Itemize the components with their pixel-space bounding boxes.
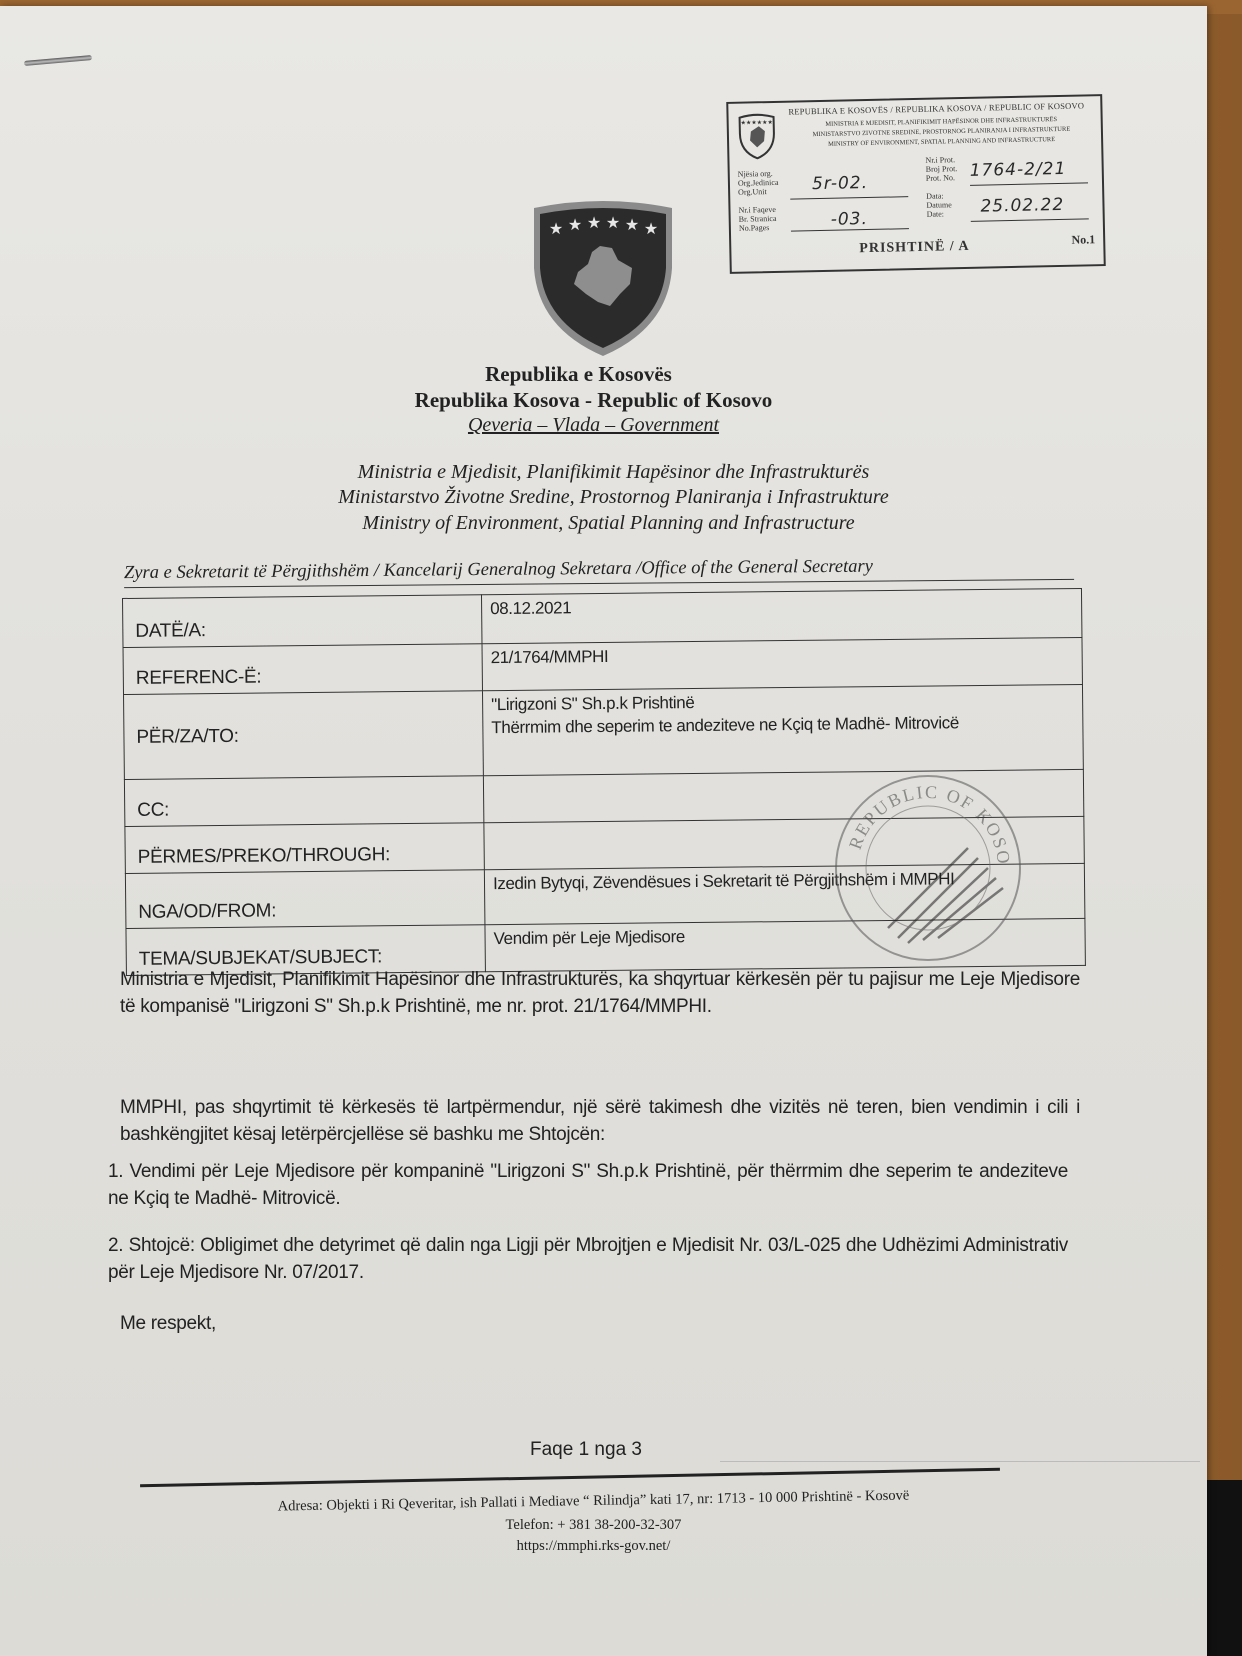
svg-text:★: ★ bbox=[625, 217, 639, 234]
header-republic-multi: Republika Kosova - Republic of Kosovo bbox=[0, 388, 1197, 413]
body-paragraph-1: Ministria e Mjedisit, Planifikimit Hapës… bbox=[120, 966, 1080, 1020]
stamp-number: No.1 bbox=[1071, 232, 1095, 247]
svg-text:★★★★★★: ★★★★★★ bbox=[740, 119, 772, 127]
stamp-header: REPUBLIKA E KOSOVËS / REPUBLIKA KOSOVA /… bbox=[788, 100, 1084, 116]
svg-text:★: ★ bbox=[587, 215, 601, 232]
pages-line bbox=[791, 228, 909, 231]
svg-text:★: ★ bbox=[606, 215, 620, 232]
prot-line bbox=[970, 182, 1088, 185]
org-unit-value: 5r-02. bbox=[812, 173, 868, 194]
faint-line bbox=[720, 1461, 1200, 1462]
meta-value: 21/1764/MMPHI bbox=[482, 637, 1082, 690]
ministry-name-sq: Ministria e Mjedisit, Planifikimit Hapës… bbox=[10, 461, 1217, 484]
header-government-text: Qeveria – Vlada – Government bbox=[468, 414, 719, 436]
svg-text:★: ★ bbox=[549, 221, 563, 238]
footer-address: Adresa: Objekti i Ri Qeveritar, ish Pall… bbox=[0, 1482, 1197, 1520]
meta-label: CC: bbox=[124, 776, 483, 827]
kosovo-coat-of-arms-icon: ★★★ ★★★ bbox=[528, 198, 678, 358]
list-item: 2. Shtojcë: Obligimet dhe detyrimet që d… bbox=[108, 1232, 1068, 1286]
meta-label: PËRMES/PREKO/THROUGH: bbox=[125, 823, 484, 874]
prot-value: 1764-2/21 bbox=[970, 159, 1067, 181]
body-paragraph-2: MMPHI, pas shqyrtimit të kërkesës të lar… bbox=[120, 1094, 1080, 1148]
table-row: PËR/ZA/TO: "Lirigzoni S" Sh.p.k Prishtin… bbox=[124, 684, 1084, 779]
date-label: Data: Datume Date: bbox=[926, 191, 952, 219]
list-item: 1. Vendimi për Leje Mjedisore për kompan… bbox=[108, 1158, 1068, 1212]
pages-value: -03. bbox=[831, 209, 869, 230]
footer-website[interactable]: https://mmphi.rks-gov.net/ bbox=[0, 1538, 1197, 1555]
date-line bbox=[971, 218, 1089, 221]
seal-text: REPUBLIC OF KOSOVA bbox=[828, 768, 1014, 867]
meta-label: NGA/OD/FROM: bbox=[125, 870, 485, 929]
closing-salutation: Me respekt, bbox=[120, 1310, 1080, 1337]
coat-of-arms-icon: ★★★★★★ bbox=[736, 113, 777, 160]
org-unit-line bbox=[790, 196, 908, 199]
org-unit-label: Njësia org. Org.Jedinica Org.Unit bbox=[738, 169, 779, 197]
ministry-name-sr: Ministarstvo Životne Sredine, Prostornog… bbox=[10, 486, 1217, 509]
svg-text:★: ★ bbox=[568, 217, 582, 234]
pages-label: Nr.i Faqeve Br. Stranica No.Pages bbox=[738, 205, 776, 233]
meta-label: DATË/A: bbox=[123, 595, 482, 648]
meta-value: "Lirigzoni S" Sh.p.k Prishtinë Thërrmim … bbox=[482, 684, 1083, 775]
svg-text:★: ★ bbox=[644, 221, 658, 238]
stamp-ministry: MINISTRIA E MJEDISIT, PLANIFIKIMIT HAPËS… bbox=[789, 114, 1095, 150]
meta-label: REFERENC-Ë: bbox=[123, 644, 482, 695]
meta-value: 08.12.2021 bbox=[481, 588, 1081, 643]
office-line: Zyra e Sekretarit të Përgjithshëm / Kanc… bbox=[124, 555, 1074, 588]
meta-label: PËR/ZA/TO: bbox=[124, 691, 484, 780]
header-republic-sq: Republika e Kosovës bbox=[0, 362, 1182, 387]
svg-text:REPUBLIC OF KOSOVA: REPUBLIC OF KOSOVA bbox=[828, 768, 1014, 867]
date-value: 25.02.22 bbox=[980, 195, 1064, 217]
footer-divider bbox=[140, 1468, 1000, 1488]
prot-label: Nr.i Prot. Broj Prot. Prot. No. bbox=[925, 155, 957, 183]
stamp-city: PRISHTINË / A bbox=[859, 239, 970, 257]
document-page: ★★★★★★ REPUBLIKA E KOSOVËS / REPUBLIKA K… bbox=[0, 6, 1207, 1656]
header-government: Qeveria – Vlada – Government bbox=[0, 414, 1197, 437]
dark-background-corner bbox=[1205, 1480, 1242, 1656]
official-seal-icon: REPUBLIC OF KOSOVA bbox=[828, 768, 1028, 968]
registry-stamp: ★★★★★★ REPUBLIKA E KOSOVËS / REPUBLIKA K… bbox=[726, 94, 1106, 274]
page-number: Faqe 1 nga 3 bbox=[530, 1439, 642, 1461]
ministry-name-en: Ministry of Environment, Spatial Plannin… bbox=[5, 512, 1212, 535]
footer-phone: Telefon: + 381 38-200-32-307 bbox=[0, 1517, 1197, 1534]
staple bbox=[24, 55, 92, 66]
